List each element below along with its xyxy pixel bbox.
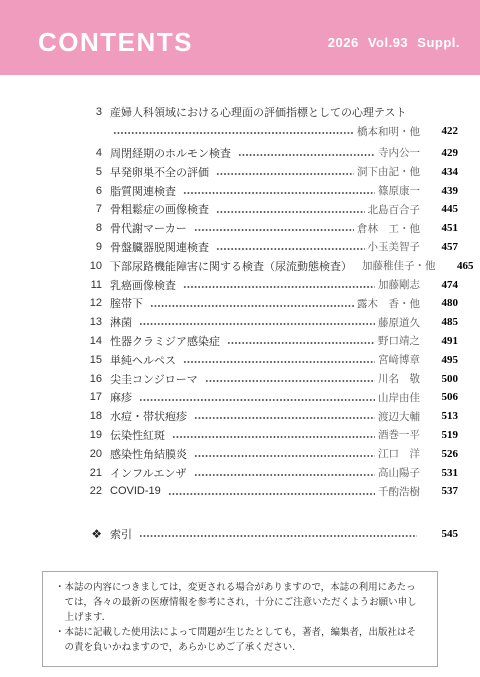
dot-leader: [150, 294, 354, 313]
toc-entry: 8骨代謝マーカー倉林 工・他451: [80, 219, 458, 238]
entry-number: 21: [80, 467, 102, 479]
entry-authors: 寺内公一: [378, 145, 420, 160]
dot-leader: [172, 426, 375, 445]
disclaimer-text: 本誌に記載した使用法によって問題が生じたとしても，著者，編集者，出版社はその責を…: [65, 628, 417, 653]
bullet: ・: [55, 628, 65, 638]
dot-leader: [216, 162, 354, 181]
toc-entry: 3産婦人科領域における心理面の評価指標としての心理テスト橋本和明・他422: [80, 103, 458, 141]
disclaimer-box: ・本誌の内容につきましては，変更される場合がありますので，本誌の利用にあたっては…: [42, 571, 438, 668]
dot-leader: [216, 238, 365, 257]
entry-title: 骨代謝マーカー: [110, 220, 187, 236]
toc-entry: 15単純ヘルペス宮﨑博章495: [80, 350, 458, 369]
entry-authors: 露木 香・他: [357, 296, 420, 311]
entry-authors: 洞下由記・他: [357, 164, 420, 179]
toc-entry: 11乳癌画像検査加藤剛志474: [80, 275, 458, 294]
dot-leader: [139, 313, 375, 332]
entry-title: 乳癌画像検査: [110, 277, 176, 293]
entry-number: 19: [80, 429, 102, 441]
entry-title: 尖圭コンジローマ: [110, 371, 198, 387]
toc-entry: 6脂質関連検査篠原康一439: [80, 181, 458, 200]
entry-title: 産婦人科領域における心理面の評価指標としての心理テスト: [110, 104, 407, 120]
entry-number: 20: [80, 448, 102, 460]
dot-leader: [194, 444, 375, 463]
entry-number: 4: [80, 147, 102, 159]
entry-title: 骨粗鬆症の画像検査: [110, 201, 209, 217]
entry-page: 513: [420, 410, 458, 422]
toc-entry: 16尖圭コンジローマ川名 敬500: [80, 369, 458, 388]
entry-authors: 藤原道久: [378, 315, 420, 330]
toc-entry: 9骨盤臓器脱関連検査小玉美智子457: [80, 238, 458, 257]
entry-title: 骨盤臓器脱関連検査: [110, 239, 209, 255]
entry-number: 15: [80, 354, 102, 366]
toc-entry: 5早発卵巣不全の評価洞下由記・他434: [80, 162, 458, 181]
entry-number: 14: [80, 335, 102, 347]
entry-page: 451: [420, 222, 458, 234]
entry-title: 水痘・帯状疱疹: [110, 408, 187, 424]
entry-title: インフルエンザ: [110, 465, 187, 481]
index-page: 545: [420, 528, 458, 540]
entry-authors: 倉林 工・他: [357, 221, 420, 236]
entry-authors: 加藤稚佳子・他: [362, 258, 436, 273]
toc-entry: 12腟帯下露木 香・他480: [80, 294, 458, 313]
entry-number: 18: [80, 410, 102, 422]
entry-title: 脂質関連検査: [110, 183, 176, 199]
entry-number: 5: [80, 166, 102, 178]
entry-page: 495: [420, 354, 458, 366]
entry-number: 13: [80, 316, 102, 328]
entry-title: 性器クラミジア感染症: [110, 333, 220, 349]
entry-authors: 千酌浩樹: [378, 484, 420, 499]
entry-authors: 橋本和明・他: [357, 124, 420, 139]
entry-page: 500: [420, 373, 458, 385]
entry-number: 9: [80, 241, 102, 253]
entry-title: 淋菌: [110, 314, 132, 330]
entry-number: 8: [80, 222, 102, 234]
dot-leader: [139, 388, 375, 407]
entry-page: 474: [420, 279, 458, 291]
entry-page: 434: [420, 166, 458, 178]
dot-leader: [183, 350, 375, 369]
entry-page: 531: [420, 467, 458, 479]
entry-authors: 高山陽子: [378, 465, 420, 480]
entry-authors: 野口靖之: [378, 333, 420, 348]
entry-page: 480: [420, 297, 458, 309]
dot-leader: [194, 219, 354, 238]
entry-number: 17: [80, 391, 102, 403]
dot-leader: [113, 122, 354, 141]
entry-number: 16: [80, 373, 102, 385]
entry-page: 485: [420, 316, 458, 328]
toc-entry: 4周閉経期のホルモン検査寺内公一429: [80, 144, 458, 163]
entry-page: 457: [420, 241, 458, 253]
entry-authors: 小玉美智子: [368, 239, 421, 254]
disclaimer-item: ・本誌に記載した使用法によって問題が生じたとしても，著者，編集者，出版社はその責…: [55, 626, 425, 656]
entry-authors: 渡辺大輔: [378, 409, 420, 424]
toc-entry-line2: 橋本和明・他422: [110, 122, 458, 141]
toc-list: 3産婦人科領域における心理面の評価指標としての心理テスト橋本和明・他4224周閉…: [0, 75, 480, 501]
entry-authors: 篠原康一: [378, 183, 420, 198]
issue-label: 2026 Vol.93 Suppl.: [328, 35, 460, 50]
dot-leader: [227, 332, 375, 351]
index-row: ❖ 索引 545: [80, 525, 458, 544]
entry-page: 422: [420, 125, 458, 137]
entry-title: 早発卵巣不全の評価: [110, 164, 209, 180]
entry-number: 10: [80, 260, 102, 272]
entry-authors: 山岸由佳: [378, 390, 420, 405]
entry-title: COVID-19: [110, 485, 161, 497]
toc-entry: 14性器クラミジア感染症野口靖之491: [80, 332, 458, 351]
disclaimer-item: ・本誌の内容につきましては，変更される場合がありますので，本誌の利用にあたっては…: [55, 581, 425, 627]
dot-leader: [194, 463, 375, 482]
header-band: CONTENTS 2026 Vol.93 Suppl.: [0, 0, 480, 75]
entry-number: 3: [80, 106, 102, 118]
entry-page: 465: [436, 260, 474, 272]
entry-page: 506: [420, 391, 458, 403]
entry-title: 周閉経期のホルモン検査: [110, 145, 231, 161]
toc-entry: 18水痘・帯状疱疹渡辺大輔513: [80, 407, 458, 426]
index-section: ❖ 索引 545: [0, 525, 480, 544]
entry-number: 22: [80, 485, 102, 497]
entry-page: 445: [420, 203, 458, 215]
toc-entry: 13淋菌藤原道久485: [80, 313, 458, 332]
dot-leader: [194, 407, 375, 426]
entry-authors: 江口 洋: [378, 446, 420, 461]
toc-entry: 21インフルエンザ高山陽子531: [80, 463, 458, 482]
entry-number: 6: [80, 185, 102, 197]
toc-entry: 20感染性角結膜炎江口 洋526: [80, 444, 458, 463]
page-title: CONTENTS: [38, 27, 193, 58]
entry-title: 感染性角結膜炎: [110, 446, 187, 462]
entry-page: 526: [420, 448, 458, 460]
entry-number: 12: [80, 297, 102, 309]
entry-authors: 北島百合子: [368, 202, 421, 217]
dot-leader: [216, 200, 365, 219]
dot-leader: [168, 482, 375, 501]
entry-title: 単純ヘルペス: [110, 352, 176, 368]
contents-page: CONTENTS 2026 Vol.93 Suppl. 3産婦人科領域における心…: [0, 0, 480, 677]
entry-page: 439: [420, 185, 458, 197]
entry-title: 麻疹: [110, 389, 132, 405]
bullet: ・: [55, 583, 65, 593]
dot-leader: [139, 525, 417, 544]
entry-number: 11: [80, 279, 102, 291]
index-diamond-icon: ❖: [80, 527, 102, 541]
toc-entry-line1: 3産婦人科領域における心理面の評価指標としての心理テスト: [80, 103, 458, 122]
disclaimer-text: 本誌の内容につきましては，変更される場合がありますので，本誌の利用にあたっては，…: [65, 583, 417, 623]
toc-entry: 19伝染性紅斑酒巻一平519: [80, 426, 458, 445]
toc-entry: 17麻疹山岸由佳506: [80, 388, 458, 407]
entry-page: 537: [420, 485, 458, 497]
entry-page: 429: [420, 147, 458, 159]
entry-authors: 宮﨑博章: [378, 352, 420, 367]
entry-authors: 加藤剛志: [378, 277, 420, 292]
toc-entry: 10下部尿路機能障害に関する検査（尿流動態検査）加藤稚佳子・他465: [80, 256, 458, 275]
entry-title: 腟帯下: [110, 295, 143, 311]
entry-authors: 川名 敬: [378, 371, 420, 386]
entry-title: 伝染性紅斑: [110, 427, 165, 443]
toc-entry: 7骨粗鬆症の画像検査北島百合子445: [80, 200, 458, 219]
dot-leader: [205, 369, 375, 388]
dot-leader: [238, 144, 375, 163]
toc-entry: 22COVID-19千酌浩樹537: [80, 482, 458, 501]
dot-leader: [183, 181, 375, 200]
index-title: 索引: [110, 526, 132, 542]
dot-leader: [183, 275, 375, 294]
entry-authors: 酒巻一平: [378, 427, 420, 442]
entry-page: 519: [420, 429, 458, 441]
entry-title: 下部尿路機能障害に関する検査（尿流動態検査）: [110, 258, 352, 274]
entry-page: 491: [420, 335, 458, 347]
entry-number: 7: [80, 203, 102, 215]
